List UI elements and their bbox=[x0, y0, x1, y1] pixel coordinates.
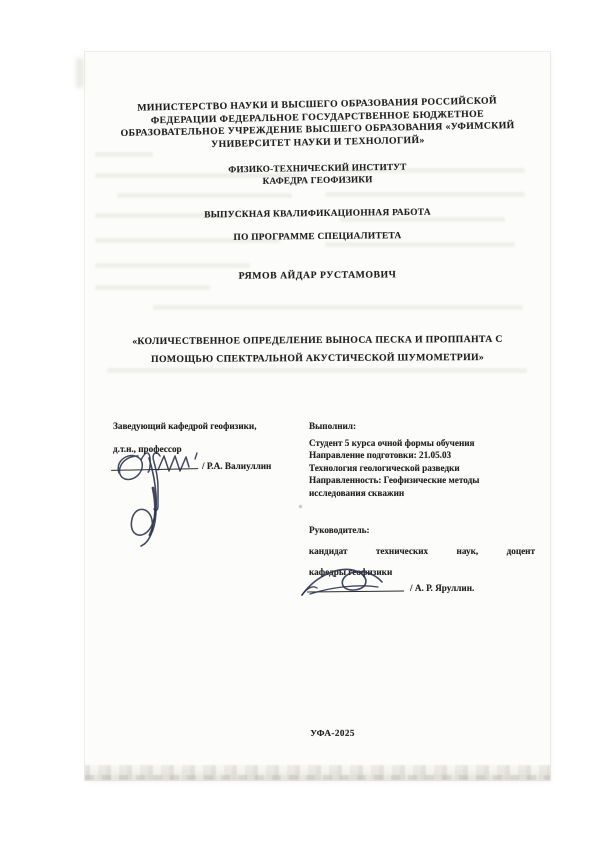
institute-block: ФИЗИКО-ТЕХНИЧЕСКИЙ ИНСТИТУТ КАФЕДРА ГЕОФ… bbox=[85, 159, 550, 191]
valiullin-signature bbox=[99, 448, 211, 566]
scanned-title-page: МИНИСТЕРСТВО НАУКИ И ВЫСШЕГО ОБРАЗОВАНИЯ… bbox=[85, 52, 550, 780]
scan-speck bbox=[299, 505, 302, 508]
performer-line: Направление подготовки: 21.05.03 bbox=[309, 449, 535, 461]
author-name: РЯМОВ АЙДАР РУСТАМОВИЧ bbox=[85, 268, 550, 283]
supervisor-label: Руководитель: bbox=[309, 525, 535, 535]
city-year-footer: УФА-2025 bbox=[85, 727, 550, 739]
supervisor-degree-line: кандидат технических наук, доцент bbox=[309, 546, 535, 556]
supervisor-signature-name: / А. Р. Яруллин. bbox=[410, 583, 474, 593]
bleedthrough-artifact bbox=[117, 193, 292, 198]
performer-line: исследования скважин bbox=[309, 487, 535, 499]
yarullin-signature bbox=[298, 563, 400, 605]
bleedthrough-artifact bbox=[95, 285, 210, 290]
thesis-title-line2: ПОМОЩЬЮ СПЕКТРАЛЬНОЙ АКУСТИЧЕСКОЙ ШУМОМЕ… bbox=[105, 349, 530, 370]
bleedthrough-artifact bbox=[325, 192, 525, 197]
scan-bottom-edge bbox=[85, 775, 550, 780]
scan-edge-smudge bbox=[76, 58, 84, 88]
bleedthrough-artifact bbox=[95, 263, 250, 268]
ministry-header: МИНИСТЕРСТВО НАУКИ И ВЫСШЕГО ОБРАЗОВАНИЯ… bbox=[85, 94, 551, 154]
bleedthrough-artifact bbox=[325, 242, 515, 247]
performer-details: Студент 5 курса очной формы обучения Нап… bbox=[309, 437, 535, 499]
approver-signature-name: / Р.А. Валиуллин bbox=[202, 461, 271, 471]
performer-line: Направленность: Геофизические методы bbox=[309, 474, 535, 486]
performer-line: Технология геологической разведки bbox=[309, 462, 535, 474]
approver-position-line1: Заведующий кафедрой геофизики, bbox=[113, 421, 308, 431]
performer-line: Студент 5 курса очной формы обучения bbox=[309, 437, 535, 449]
bleedthrough-artifact bbox=[153, 305, 523, 310]
thesis-title: «КОЛИЧЕСТВЕННОЕ ОПРЕДЕЛЕНИЕ ВЫНОСА ПЕСКА… bbox=[85, 331, 550, 370]
performer-label: Выполнил: bbox=[309, 421, 535, 431]
